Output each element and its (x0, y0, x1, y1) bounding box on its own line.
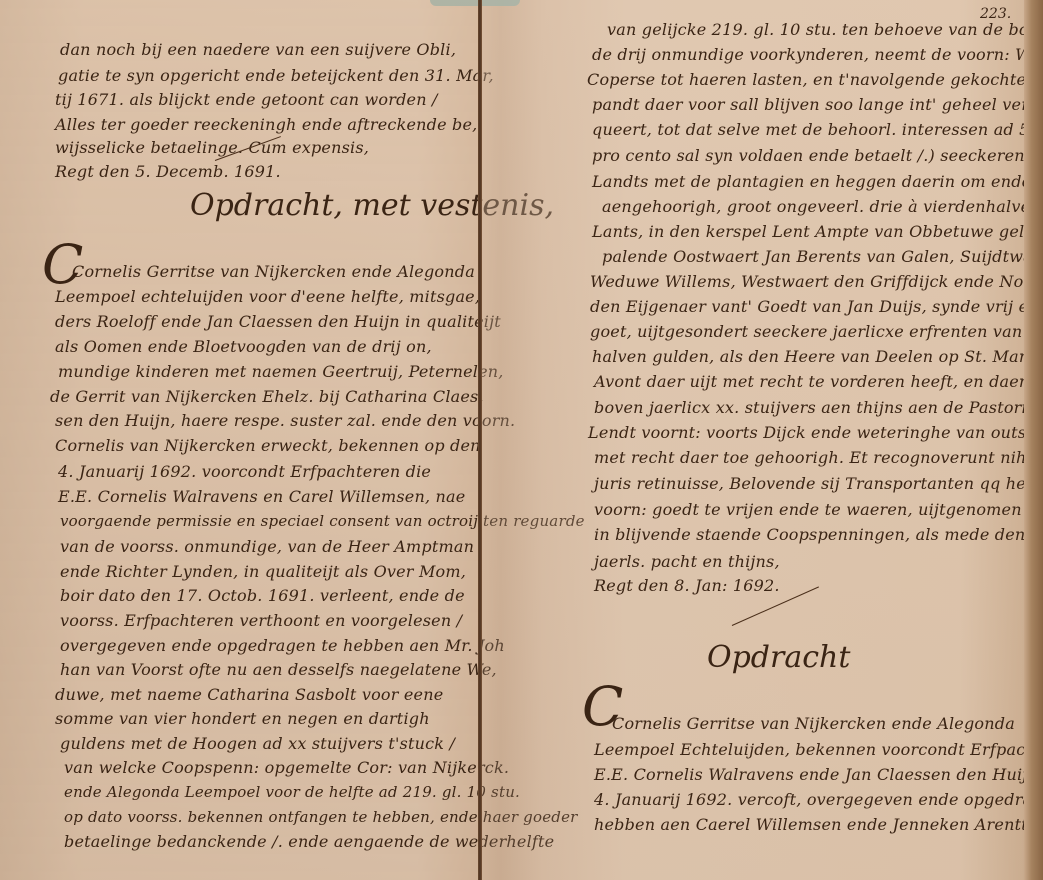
text-line: queert, tot dat selve met de behoorl. in… (592, 120, 1035, 139)
text-line: overgegeven ende opgedragen te hebben ae… (60, 636, 505, 655)
text-line: wijsselicke betaelinge. Cum expensis, (55, 138, 369, 157)
text-line: ende Richter Lynden, in qualiteijt als O… (60, 562, 466, 581)
text-line: boven jaerlicx xx. stuijvers aen thijns … (594, 398, 1043, 417)
text-line: de drij onmundige voorkynderen, neemt de… (592, 45, 1043, 64)
text-line: mundige kinderen met naemen Geertruij, P… (58, 362, 504, 381)
text-line: halven gulden, als den Heere van Deelen … (592, 347, 1043, 366)
text-line: den Eijgenaer vant' Goedt van Jan Duijs,… (590, 297, 1043, 316)
registration-date: Regt den 8. Jan: 1692. (594, 576, 780, 595)
text-line: dan noch bij een naedere van een suijver… (60, 40, 456, 59)
text-line: voorn: goedt te vrijen ende te waeren, u… (594, 500, 1043, 519)
text-line: Alles ter goeder reeckeningh ende aftrec… (55, 115, 477, 134)
text-line: E.E. Cornelis Walravens ende Jan Claesse… (594, 765, 1043, 784)
text-line: voorss. Erfpachteren verthoont en voorge… (60, 611, 462, 630)
text-line: guldens met de Hoogen ad xx stuijvers t'… (60, 734, 455, 753)
text-line: han van Voorst ofte nu aen desselfs naeg… (60, 660, 497, 679)
registration-date: Regt den 5. Decemb. 1691. (55, 162, 281, 181)
text-line: palende Oostwaert Jan Berents van Galen,… (602, 247, 1043, 266)
left-page: dan noch bij een naedere van een suijver… (0, 0, 479, 880)
text-line: Coperse tot haeren lasten, en t'navolgen… (587, 70, 1043, 89)
text-line: als Oomen ende Bloetvoogden van de drij … (55, 337, 432, 356)
text-line: Leempoel echteluijden voor d'eene helfte… (55, 287, 480, 306)
text-line: van gelijcke 219. gl. 10 stu. ten behoev… (607, 20, 1043, 39)
text-line: Leempoel Echteluijden, bekennen voorcond… (594, 740, 1043, 759)
text-line: goet, uijtgesondert seeckere jaerlicxe e… (590, 322, 1043, 341)
text-line: Cornelis Gerritse van Nijkercken ende Al… (612, 714, 1015, 733)
text-line: duwe, met naeme Catharina Sasbolt voor e… (55, 685, 443, 704)
text-line: pro cento sal syn voldaen ende betaelt /… (592, 146, 1043, 165)
text-line: in blijvende staende Coopspenningen, als… (594, 525, 1043, 544)
text-line: boir dato den 17. Octob. 1691. verleent,… (60, 586, 465, 605)
text-line: 4. Januarij 1692. voorcondt Erfpachteren… (58, 462, 431, 481)
text-line: 4. Januarij 1692. vercoft, overgegeven e… (594, 790, 1043, 809)
text-line: Cornelis Gerritse van Nijkercken ende Al… (72, 262, 475, 281)
right-page: 223. van gelijcke 219. gl. 10 stu. ten b… (482, 0, 1024, 880)
text-line: met recht daer toe gehoorigh. Et recogno… (594, 448, 1037, 467)
text-line: juris retinuisse, Belovende sij Transpor… (594, 474, 1033, 493)
text-line: aengehoorigh, groot ongeveerl. drie à vi… (602, 197, 1043, 216)
text-line: de Gerrit van Nijkercken Ehelz. bij Cath… (50, 387, 484, 406)
text-line: tij 1671. als blijckt ende getoont can w… (55, 90, 438, 109)
book-edge (1024, 0, 1043, 880)
text-line: van welcke Coopspenn: opgemelte Cor: van… (64, 758, 509, 777)
text-line: ders Roeloff ende Jan Claessen den Huijn… (55, 312, 501, 331)
text-line: jaerls. pacht en thijns, (594, 552, 780, 571)
text-line: gatie te syn opgericht ende beteijckent … (58, 66, 494, 85)
text-line: Lants, in den kerspel Lent Ampte van Obb… (592, 222, 1043, 241)
text-line: sen den Huijn, haere respe. suster zal. … (55, 411, 515, 430)
text-line: Landts met de plantagien en heggen daeri… (592, 172, 1031, 191)
text-line: somme van vier hondert en negen en darti… (55, 709, 430, 728)
text-line: Avont daer uijt met recht te vorderen he… (594, 372, 1043, 391)
text-line: Lendt voornt: voorts Dijck ende wetering… (588, 423, 1043, 442)
text-line: ende Alegonda Leempoel voor de helfte ad… (64, 783, 520, 801)
text-line: Weduwe Willems, Westwaert den Griffdijck… (590, 272, 1043, 291)
book-spread: dan noch bij een naedere van een suijver… (0, 0, 1043, 880)
text-line: Cornelis van Nijkercken erweckt, bekenne… (55, 436, 481, 455)
text-line: van de voorss. onmundige, van de Heer Am… (60, 537, 474, 556)
text-line: pandt daer voor sall blijven soo lange i… (592, 95, 1043, 114)
text-line: E.E. Cornelis Walravens en Carel Willems… (58, 487, 465, 506)
section-heading: Opdracht (707, 640, 850, 675)
text-line: hebben aen Caerel Willemsen ende Jenneke… (594, 815, 1043, 834)
